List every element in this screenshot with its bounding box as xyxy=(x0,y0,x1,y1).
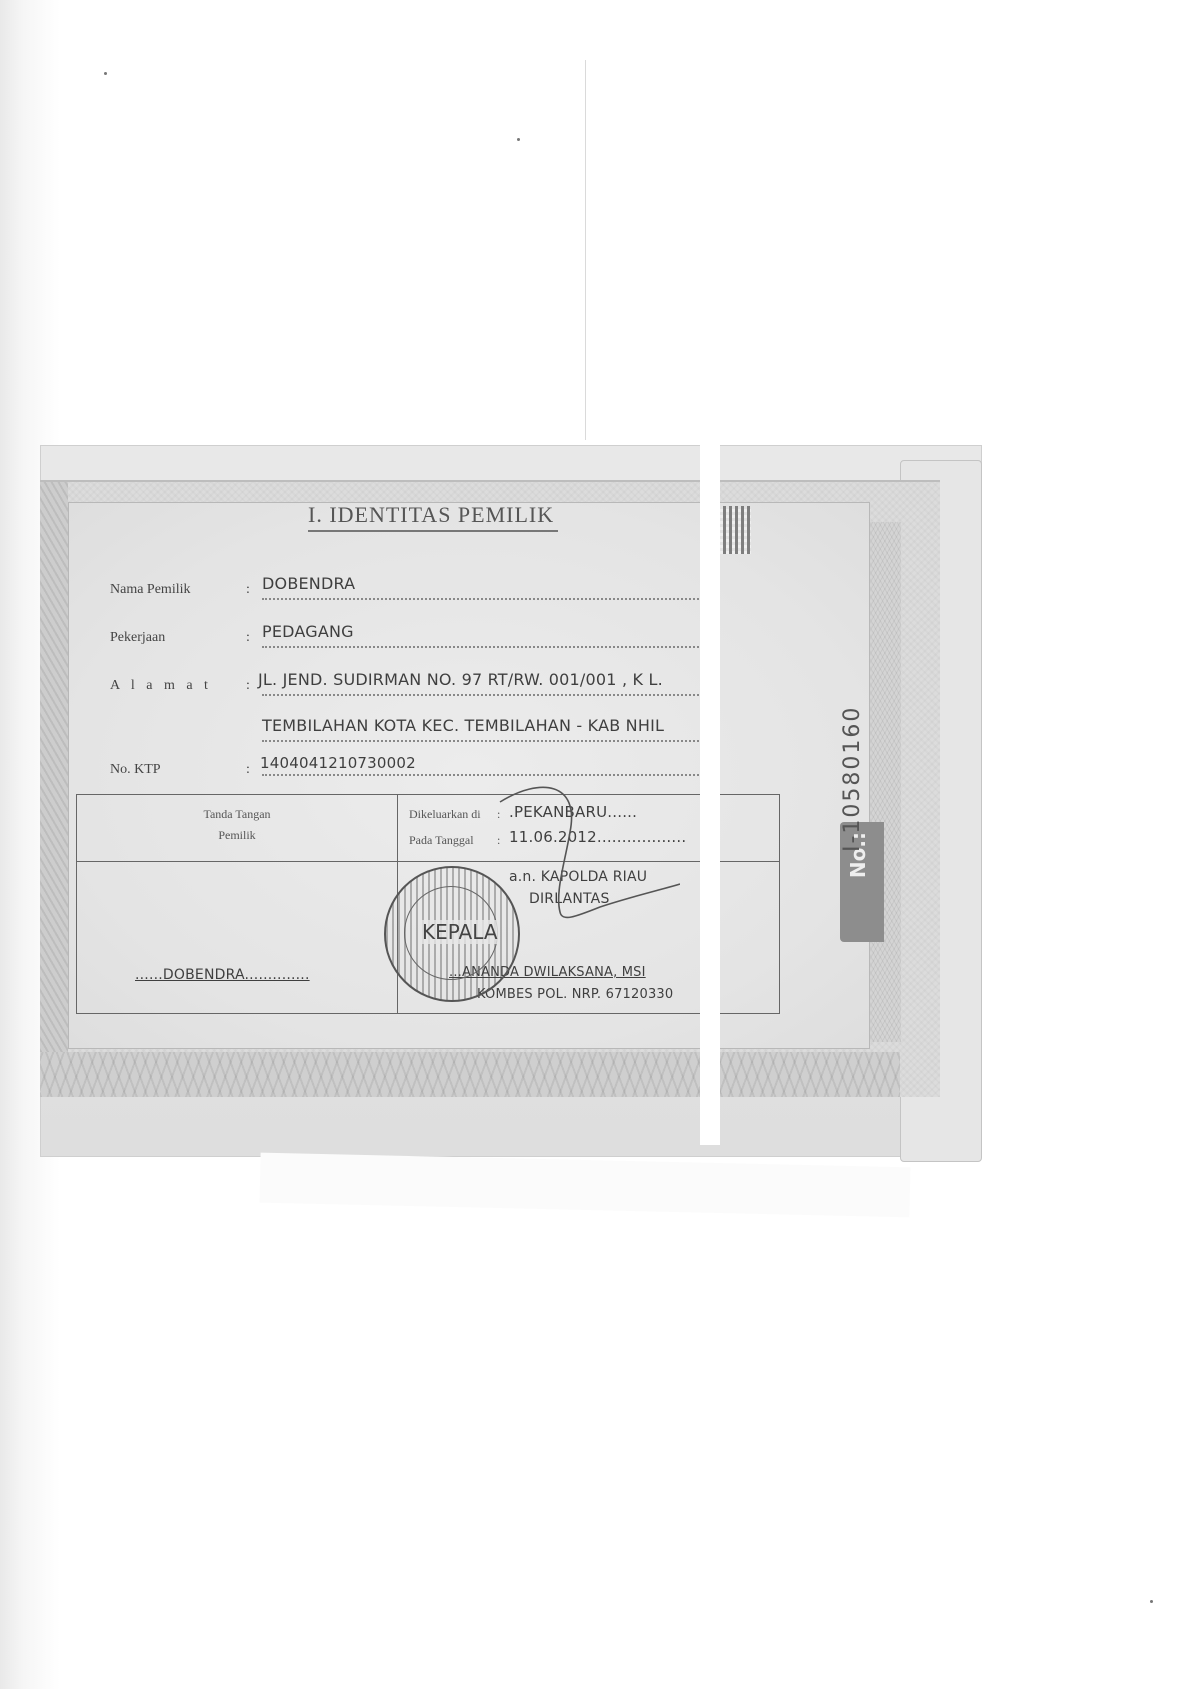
issued-at-label: Dikeluarkan di xyxy=(409,807,481,822)
field-occupation: Pekerjaan: xyxy=(110,630,260,646)
dotted-line xyxy=(262,694,702,696)
scan-gap-strip xyxy=(700,415,720,1145)
scan-speck xyxy=(517,138,520,141)
guilloche-border-left xyxy=(40,482,68,1052)
guilloche-border-bottom xyxy=(40,1052,900,1097)
owner-signature-header: Tanda Tangan Pemilik xyxy=(77,807,397,843)
scan-speck xyxy=(104,72,107,75)
vehicle-ownership-card: I. IDENTITAS PEMILIK Nama Pemilik: DOBEN… xyxy=(40,480,940,1097)
serial-number: I-10580160 xyxy=(840,652,880,852)
field-label: No. KTP xyxy=(110,762,246,778)
official-rank: KOMBES POL. NRP. 67120330 xyxy=(477,987,673,1002)
dotted-line xyxy=(262,740,702,742)
card-bottom-edge xyxy=(260,1153,911,1218)
dotted-line xyxy=(262,646,702,648)
field-label: A l a m a t xyxy=(110,678,246,694)
dotted-line xyxy=(262,598,702,600)
date-label: Pada Tanggal xyxy=(409,833,474,848)
owner-name-value: DOBENDRA xyxy=(262,574,355,593)
address-value-line2: TEMBILAHAN KOTA KEC. TEMBILAHAN - KAB NH… xyxy=(262,716,664,735)
section-title: I. IDENTITAS PEMILIK xyxy=(308,502,558,532)
address-value-line1: JL. JEND. SUDIRMAN NO. 97 RT/RW. 001/001… xyxy=(258,670,663,689)
id-number-value: 1404041210730002 xyxy=(260,754,416,772)
field-owner-name: Nama Pemilik: xyxy=(110,582,260,598)
field-label: Pekerjaan xyxy=(110,630,246,646)
scan-speck xyxy=(1150,1600,1153,1603)
field-label: Nama Pemilik xyxy=(110,582,246,598)
field-id-number: No. KTP: xyxy=(110,762,260,778)
field-address: A l a m a t: xyxy=(110,678,260,694)
signature-icon xyxy=(480,772,680,942)
occupation-value: PEDAGANG xyxy=(262,622,354,641)
owner-signature-name: ......DOBENDRA.............. xyxy=(135,967,310,983)
paper-fold-line xyxy=(585,60,586,440)
